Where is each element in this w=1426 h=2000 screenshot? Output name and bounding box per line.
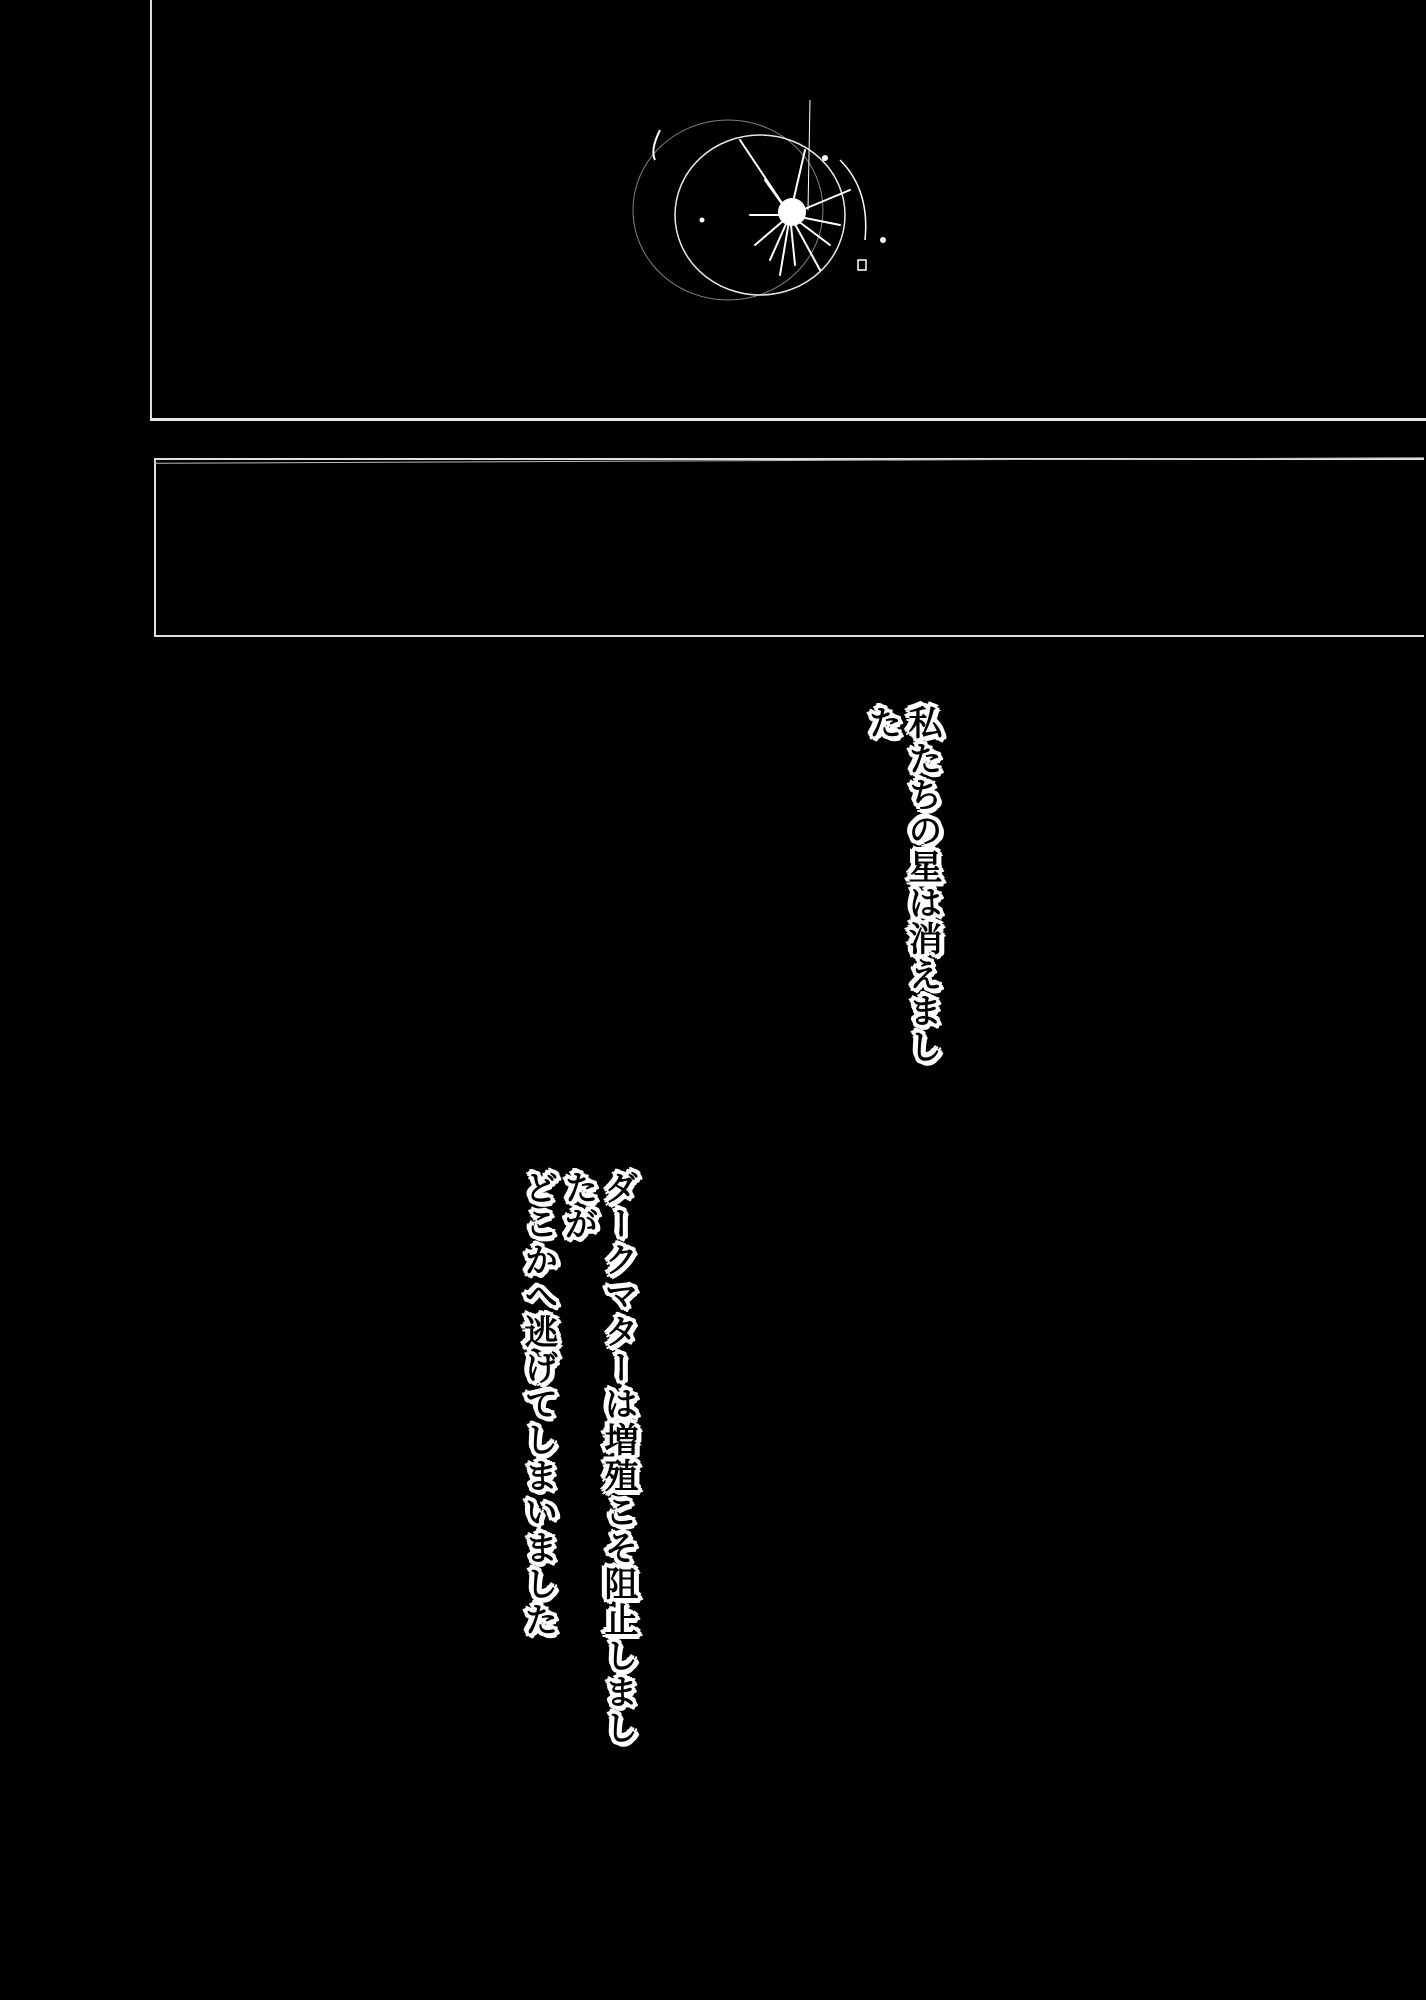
manga-page: 私たちの星は消えました ダークマターは増殖こそ阻止しましたが どこかへ逃げてしま… [0, 0, 1426, 2000]
narration-caption-2: ダークマターは増殖こそ阻止しましたが どこかへ逃げてしまいました [548, 1170, 638, 1770]
narration-caption-1: 私たちの星は消えました [862, 705, 942, 1085]
narration-caption-2-line-1: ダークマターは増殖こそ阻止しましたが [558, 1170, 638, 1770]
middle-panel [154, 458, 1424, 637]
narration-caption-2-line-2: どこかへ逃げてしまいました [518, 1170, 558, 1638]
star-burst-icon [620, 100, 900, 330]
